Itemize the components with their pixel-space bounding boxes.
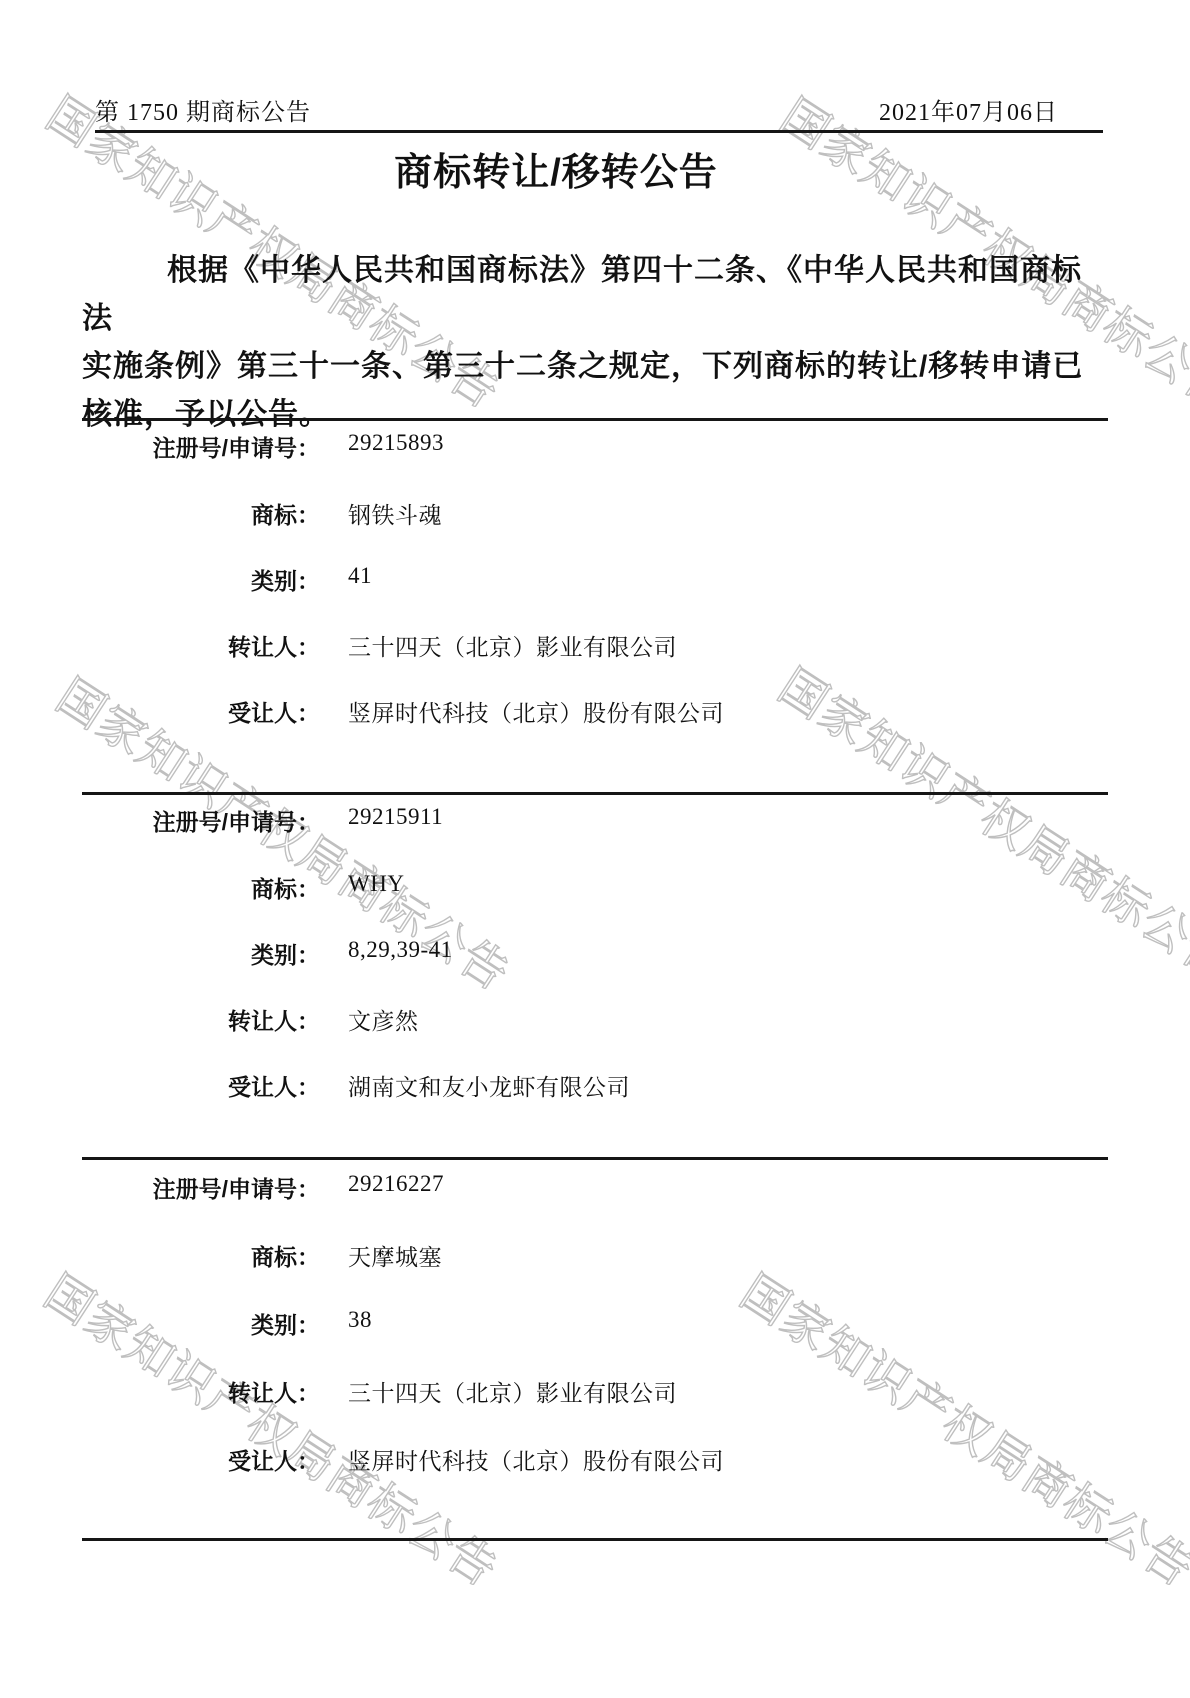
field-label-trademark: 商标： (82, 497, 320, 530)
field-value-trademark: 钢铁斗魂 (348, 497, 442, 530)
field-value-assignor: 三十四天（北京）影业有限公司 (348, 1375, 677, 1408)
page-title: 商标转让/移转公告 (0, 141, 1112, 196)
field-label-assignee: 受让人： (82, 1069, 320, 1102)
watermark-text: 国家知识产权局商标公告 (768, 650, 1190, 994)
field-label-class: 类别： (82, 937, 320, 970)
field-value-trademark: 天摩城塞 (348, 1239, 442, 1272)
field-label-assignor: 转让人： (82, 629, 320, 662)
intro-paragraph: 根据《中华人民共和国商标法》第四十二条、《中华人民共和国商标法 实施条例》第三十… (82, 247, 1112, 439)
section-rule (82, 418, 1108, 421)
field-value-assignee: 竖屏时代科技（北京）股份有限公司 (348, 695, 724, 728)
field-value-assignor: 文彦然 (348, 1003, 419, 1036)
section-rule (82, 1157, 1108, 1160)
field-value-trademark: WHY (348, 871, 404, 897)
watermark-text: 国家知识产权局商标公告 (730, 1256, 1190, 1600)
field-label-trademark: 商标： (82, 1239, 320, 1272)
field-label-reg-no: 注册号/申请号： (82, 430, 320, 463)
gazette-page: 国家知识产权局商标公告 国家知识产权局商标公告 国家知识产权局商标公告 国家知识… (0, 0, 1190, 1698)
field-value-class: 38 (348, 1307, 372, 1333)
field-label-assignee: 受让人： (82, 695, 320, 728)
field-label-class: 类别： (82, 1307, 320, 1340)
header-issue-number: 第 1750 期商标公告 (95, 92, 311, 127)
field-value-reg-no: 29216227 (348, 1171, 444, 1197)
field-label-trademark: 商标： (82, 871, 320, 904)
field-label-assignee: 受让人： (82, 1443, 320, 1476)
field-label-assignor: 转让人： (82, 1003, 320, 1036)
field-label-reg-no: 注册号/申请号： (82, 1171, 320, 1204)
field-value-class: 41 (348, 563, 372, 589)
field-label-class: 类别： (82, 563, 320, 596)
field-label-assignor: 转让人： (82, 1375, 320, 1408)
field-value-class: 8,29,39-41 (348, 937, 453, 963)
field-value-reg-no: 29215911 (348, 804, 443, 830)
intro-line: 实施条例》第三十一条、第三十二条之规定，下列商标的转让/移转申请已 (82, 343, 1112, 391)
header-date: 2021年07月06日 (879, 92, 1058, 127)
field-value-assignor: 三十四天（北京）影业有限公司 (348, 629, 677, 662)
field-value-assignee: 湖南文和友小龙虾有限公司 (348, 1069, 630, 1102)
field-value-reg-no: 29215893 (348, 430, 444, 456)
section-rule (82, 1538, 1108, 1541)
intro-line: 根据《中华人民共和国商标法》第四十二条、《中华人民共和国商标法 (82, 247, 1112, 343)
field-label-reg-no: 注册号/申请号： (82, 804, 320, 837)
field-value-assignee: 竖屏时代科技（北京）股份有限公司 (348, 1443, 724, 1476)
header-rule (95, 130, 1103, 133)
section-rule (82, 792, 1108, 795)
